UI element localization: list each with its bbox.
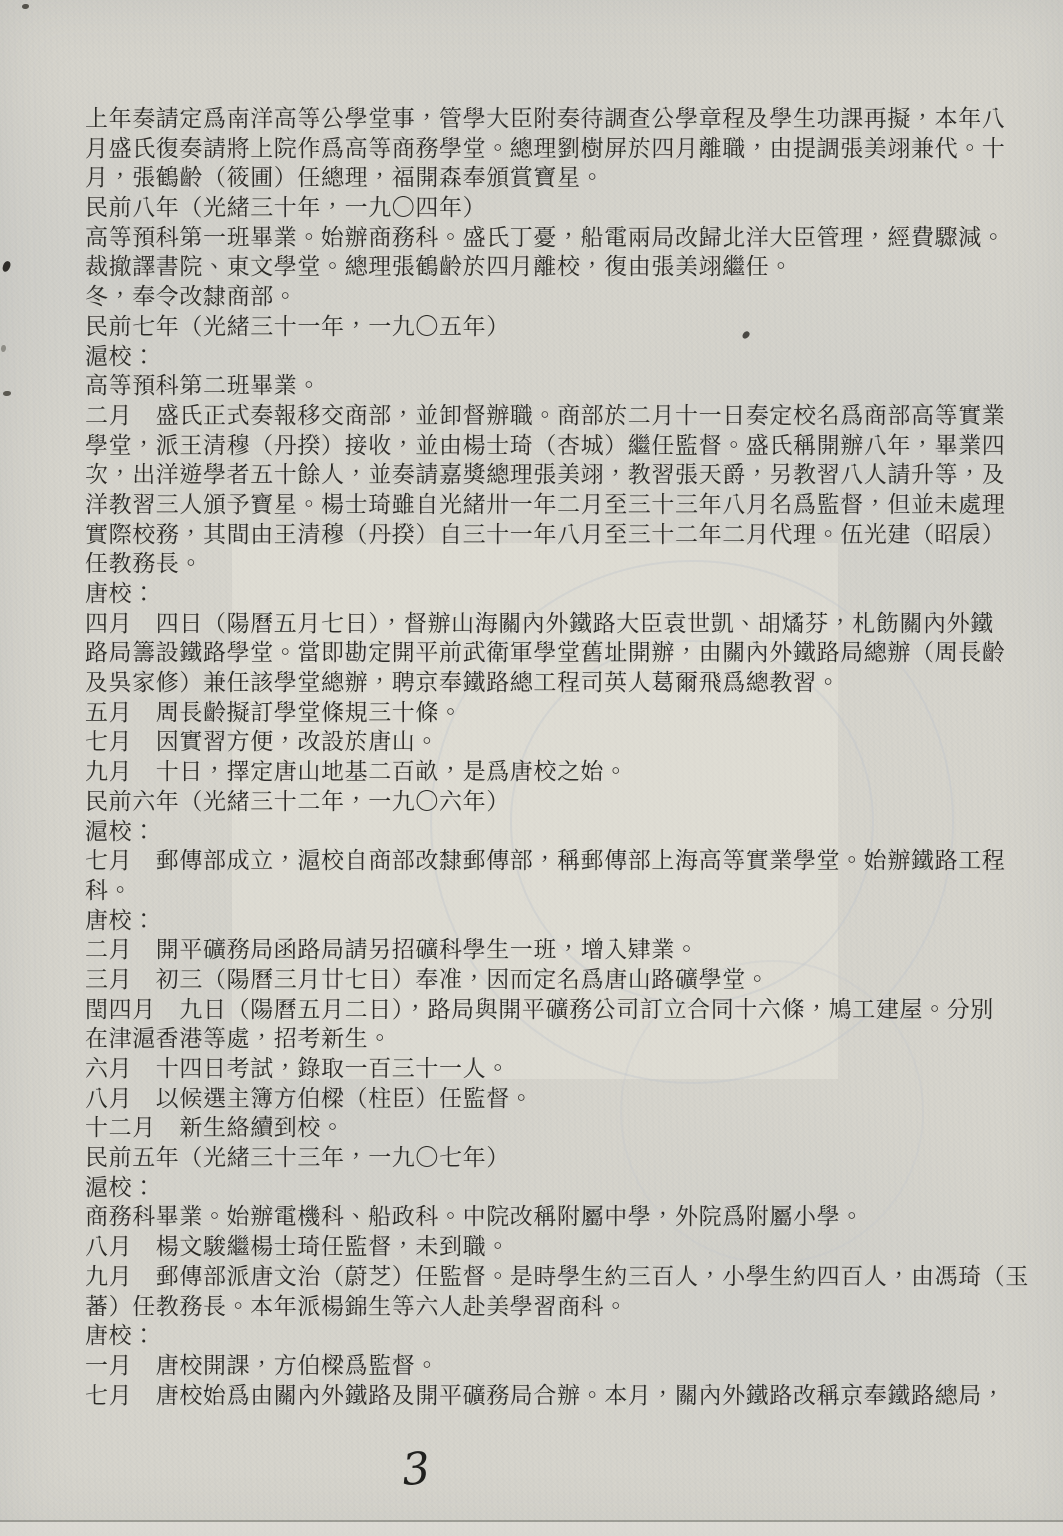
scan-edge-band xyxy=(0,1522,1063,1536)
text-line: 一月 唐校開課，方伯樑爲監督。 xyxy=(85,1351,990,1381)
text-line: 三月 初三（陽曆三月廿七日）奉准，因而定名爲唐山路礦學堂。 xyxy=(85,965,990,995)
text-line: 唐校： xyxy=(85,579,990,609)
text-line: 任教務長。 xyxy=(85,549,990,579)
text-line: 民前八年（光緒三十年，一九〇四年） xyxy=(85,193,990,223)
text-line: 二月 盛氏正式奏報移交商部，並卸督辦職。商部於二月十一日奏定校名爲商部高等實業 xyxy=(85,401,990,431)
text-line: 及吳家修）兼任該學堂總辦，聘京奉鐵路總工程司英人葛爾飛爲總教習。 xyxy=(85,668,990,698)
text-line: 科。 xyxy=(85,876,990,906)
ink-speck xyxy=(1,345,6,352)
document-text-block: 上年奏請定爲南洋高等公學堂事，管學大臣附奏待調查公學章程及學生功課再擬，本年八月… xyxy=(85,104,990,1410)
ink-speck xyxy=(22,4,29,9)
text-line: 九月 十日，擇定唐山地基二百畝，是爲唐校之始。 xyxy=(85,757,990,787)
text-line: 次，出洋遊學者五十餘人，並奏請嘉獎總理張美翊，教習張天爵，另教習八人請升等，及 xyxy=(85,460,990,490)
text-line: 滬校： xyxy=(85,1173,990,1203)
text-line: 實際校務，其間由王清穆（丹揆）自三十一年八月至三十二年二月代理。伍光建（昭扆） xyxy=(85,520,990,550)
ink-speck xyxy=(3,391,11,396)
text-line: 七月 郵傳部成立，滬校自商部改隸郵傳部，稱郵傳部上海高等實業學堂。始辦鐵路工程 xyxy=(85,846,990,876)
text-line: 唐校： xyxy=(85,1321,990,1351)
text-line: 商務科畢業。始辦電機科、船政科。中院改稱附屬中學，外院爲附屬小學。 xyxy=(85,1202,990,1232)
text-line: 四月 四日（陽曆五月七日），督辦山海關內外鐵路大臣袁世凱、胡燏芬，札飭關內外鐵 xyxy=(85,609,990,639)
text-line: 民前五年（光緒三十三年，一九〇七年） xyxy=(85,1143,990,1173)
text-line: 滬校： xyxy=(85,342,990,372)
text-line: 洋教習三人頒予寶星。楊士琦雖自光緒卅一年二月至三十三年八月名爲監督，但並未處理 xyxy=(85,490,990,520)
handwritten-page-number: 3 xyxy=(400,1443,432,1496)
ink-speck xyxy=(1,260,11,273)
text-line: 十二月 新生絡續到校。 xyxy=(85,1113,990,1143)
text-line: 高等預科第二班畢業。 xyxy=(85,371,990,401)
text-line: 八月 以候選主簿方伯樑（柱臣）任監督。 xyxy=(85,1084,990,1114)
text-line: 六月 十四日考試，錄取一百三十一人。 xyxy=(85,1054,990,1084)
text-line: 高等預科第一班畢業。始辦商務科。盛氏丁憂，船電兩局改歸北洋大臣管理，經費驟減。 xyxy=(85,223,990,253)
text-line: 路局籌設鐵路學堂。當即勘定開平前武衛軍學堂舊址開辦，由關內外鐵路局總辦（周長齡 xyxy=(85,638,990,668)
text-line: 蕃）任教務長。本年派楊錦生等六人赴美學習商科。 xyxy=(85,1292,990,1322)
text-line: 七月 唐校始爲由關內外鐵路及開平礦務局合辦。本月，關內外鐵路改稱京奉鐵路總局， xyxy=(85,1381,990,1411)
text-line: 民前七年（光緒三十一年，一九〇五年） xyxy=(85,312,990,342)
text-line: 九月 郵傳部派唐文治（蔚芝）任監督。是時學生約三百人，小學生約四百人，由馮琦（玉 xyxy=(85,1262,990,1292)
text-line: 在津滬香港等處，招考新生。 xyxy=(85,1024,990,1054)
text-line: 月盛氏復奏請將上院作爲高等商務學堂。總理劉樹屏於四月離職，由提調張美翊兼代。十 xyxy=(85,134,990,164)
text-line: 月，張鶴齡（筱圃）任總理，福開森奉頒賞寶星。 xyxy=(85,163,990,193)
text-line: 二月 開平礦務局函路局請另招礦科學生一班，增入肄業。 xyxy=(85,935,990,965)
text-line: 民前六年（光緒三十二年，一九〇六年） xyxy=(85,787,990,817)
text-line: 上年奏請定爲南洋高等公學堂事，管學大臣附奏待調查公學章程及學生功課再擬，本年八 xyxy=(85,104,990,134)
text-line: 七月 因實習方便，改設於唐山。 xyxy=(85,727,990,757)
text-line: 滬校： xyxy=(85,817,990,847)
text-line: 五月 周長齡擬訂學堂條規三十條。 xyxy=(85,698,990,728)
text-line: 閏四月 九日（陽曆五月二日），路局與開平礦務公司訂立合同十六條，鳩工建屋。分別 xyxy=(85,995,990,1025)
text-line: 八月 楊文駿繼楊士琦任監督，未到職。 xyxy=(85,1232,990,1262)
text-line: 冬，奉令改隸商部。 xyxy=(85,282,990,312)
scanned-document-page: 上年奏請定爲南洋高等公學堂事，管學大臣附奏待調查公學章程及學生功課再擬，本年八月… xyxy=(0,0,1063,1536)
text-line: 唐校： xyxy=(85,906,990,936)
text-line: 學堂，派王清穆（丹揆）接收，並由楊士琦（杏城）繼任監督。盛氏稱開辦八年，畢業四 xyxy=(85,431,990,461)
text-line: 裁撤譯書院、東文學堂。總理張鶴齡於四月離校，復由張美翊繼任。 xyxy=(85,252,990,282)
